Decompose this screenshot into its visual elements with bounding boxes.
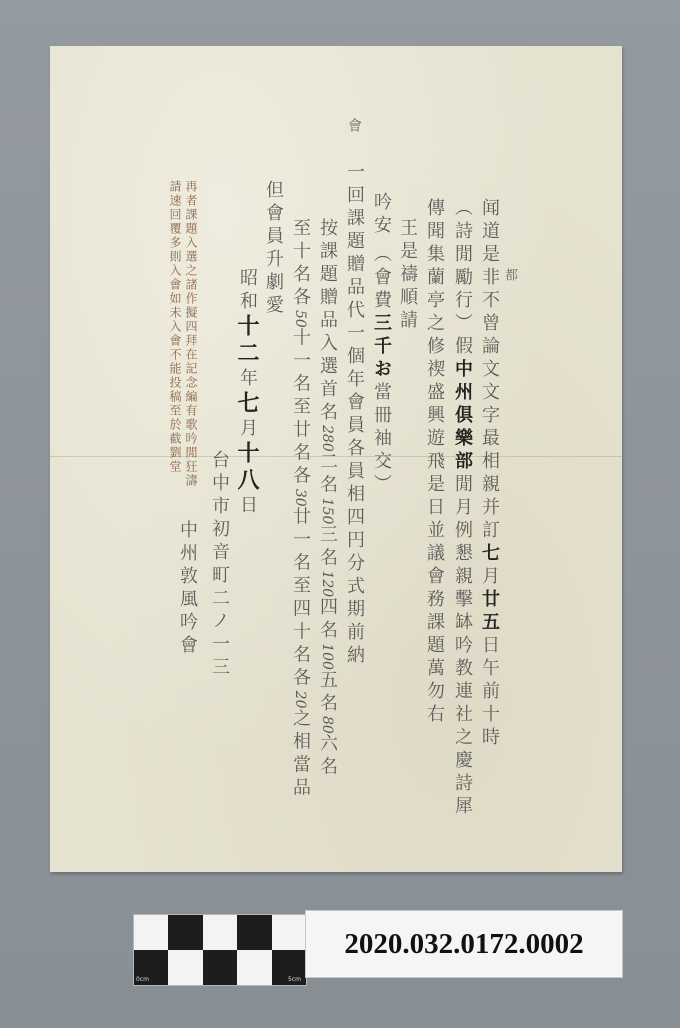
prize-range-2: 十一名至廿名各	[290, 328, 311, 489]
scale-cell	[237, 950, 271, 985]
month-char-2: 月	[237, 418, 258, 441]
address-text: 台中市初音町二ノ一三	[209, 450, 230, 680]
text-column-9: 但會員升劇愛	[262, 180, 284, 318]
prize-1-amount: 280	[319, 425, 335, 452]
scale-cell	[203, 950, 237, 985]
brown-note-text-1: 再者課題入選之諸作擬四拜在記念編有歌吟閒狂濤	[184, 180, 198, 488]
year-char: 年	[237, 368, 258, 391]
column-2-text: 閒月例懇親擊缽吟教連社之慶詩犀	[452, 474, 473, 819]
prize-2-label: 二名	[317, 452, 338, 498]
venue-name-ink: 中州俱樂部	[452, 359, 473, 474]
month-number-ink: 七	[234, 391, 260, 418]
date-column: 昭和十二年七月十八日	[236, 268, 258, 518]
accession-number-label: 2020.032.0172.0002	[305, 910, 623, 978]
text-column-2: （詩閒勵行）假中州俱樂部閒月例懇親擊缽吟教連社之慶詩犀	[451, 198, 473, 819]
scale-cell	[203, 915, 237, 950]
brown-note-text-2: 請速回覆多則入會如未入會不能投稿至於截劉堂	[168, 180, 182, 474]
text-column-4: 王是禱順請	[396, 218, 418, 333]
prize-range-1-amount: 50	[292, 310, 308, 328]
greeting-text: 吟安	[371, 192, 392, 238]
day-char: 日	[237, 495, 258, 518]
prize-range-2-amount: 30	[292, 489, 308, 507]
day-twentyfive-ink: 廿五	[479, 589, 500, 635]
text-column-8-prizes: 至十名各50十一名至廿名各30廿一名至四十名各20之相當品	[289, 218, 311, 800]
prize-intro: 按課題贈品入選首名	[317, 218, 338, 425]
scale-cell	[272, 915, 306, 950]
fee-suffix: 當冊袖交）	[371, 382, 392, 497]
time-text: 日午前十時	[479, 635, 500, 750]
scale-cell	[168, 915, 202, 950]
prize-6-label: 六名	[317, 734, 338, 780]
prize-5-label: 五名	[317, 670, 338, 716]
column-9-text: 但會員升劇愛	[263, 180, 284, 318]
prize-2-amount: 150	[319, 498, 335, 525]
month-char: 月	[479, 566, 500, 589]
column-6-text: 一回課題贈品代一個年會員各員相四円分式期前納	[344, 162, 365, 668]
scale-cell	[237, 915, 271, 950]
text-column-1: 闻道是非不曾論文文字最相親并訂七月廿五日午前十時	[478, 198, 500, 750]
era-name: 昭和	[237, 268, 258, 314]
day-number-ink: 十八	[234, 441, 260, 495]
fee-amount-ink: 三千お	[371, 313, 392, 382]
prize-range-3: 廿一名至四十名各	[290, 507, 311, 691]
prize-4-amount: 100	[319, 643, 335, 670]
column-4-text: 王是禱順請	[397, 218, 418, 333]
text-column-6: 一回課題贈品代一個年會員各員相四円分式期前納	[343, 162, 365, 668]
prize-range-1: 至十名各	[290, 218, 311, 310]
brown-note-column-2: 請速回覆多則入會如未入會不能投稿至於截劉堂	[164, 180, 186, 474]
society-name: 中州敦風吟會	[177, 520, 198, 658]
scale-cell	[134, 915, 168, 950]
prize-range-3-amount: 20	[292, 691, 308, 709]
column-2-prefix: （詩閒勵行）假	[452, 198, 473, 359]
color-scale-bar	[133, 914, 307, 986]
prize-suffix: 之相當品	[290, 708, 311, 800]
society-name-column: 中州敦風吟會	[176, 520, 198, 658]
month-seven-ink: 七	[479, 543, 500, 566]
text-column-5: 吟安（會費三千お當冊袖交）	[370, 192, 392, 497]
scale-label-right: 5cm	[288, 976, 301, 983]
column-3-text: 傳聞集蘭亭之修禊盛興遊飛是日並議會務課題萬勿右	[424, 198, 445, 727]
year-number-ink: 十二	[234, 314, 260, 368]
fee-prefix: （會費	[371, 244, 392, 313]
prize-3-label: 三名	[317, 524, 338, 570]
prize-5-amount: 80	[319, 716, 335, 734]
scale-cell	[168, 950, 202, 985]
text-column-7-prizes: 按課題贈品入選首名280二名150三名120四名100五名80六名	[316, 218, 338, 780]
prize-3-amount: 120	[319, 570, 335, 597]
text-column-3: 傳聞集蘭亭之修禊盛興遊飛是日並議會務課題萬勿右	[423, 198, 445, 727]
column-1-annotation: 都	[500, 268, 519, 283]
column-1-text: 闻道是非不曾論文文字最相親并訂	[479, 198, 500, 543]
prize-4-label: 四名	[317, 597, 338, 643]
address-column: 台中市初音町二ノ一三	[208, 450, 230, 680]
column-6-annotation: 會	[344, 118, 364, 134]
scale-label-left: 0cm	[136, 976, 149, 983]
